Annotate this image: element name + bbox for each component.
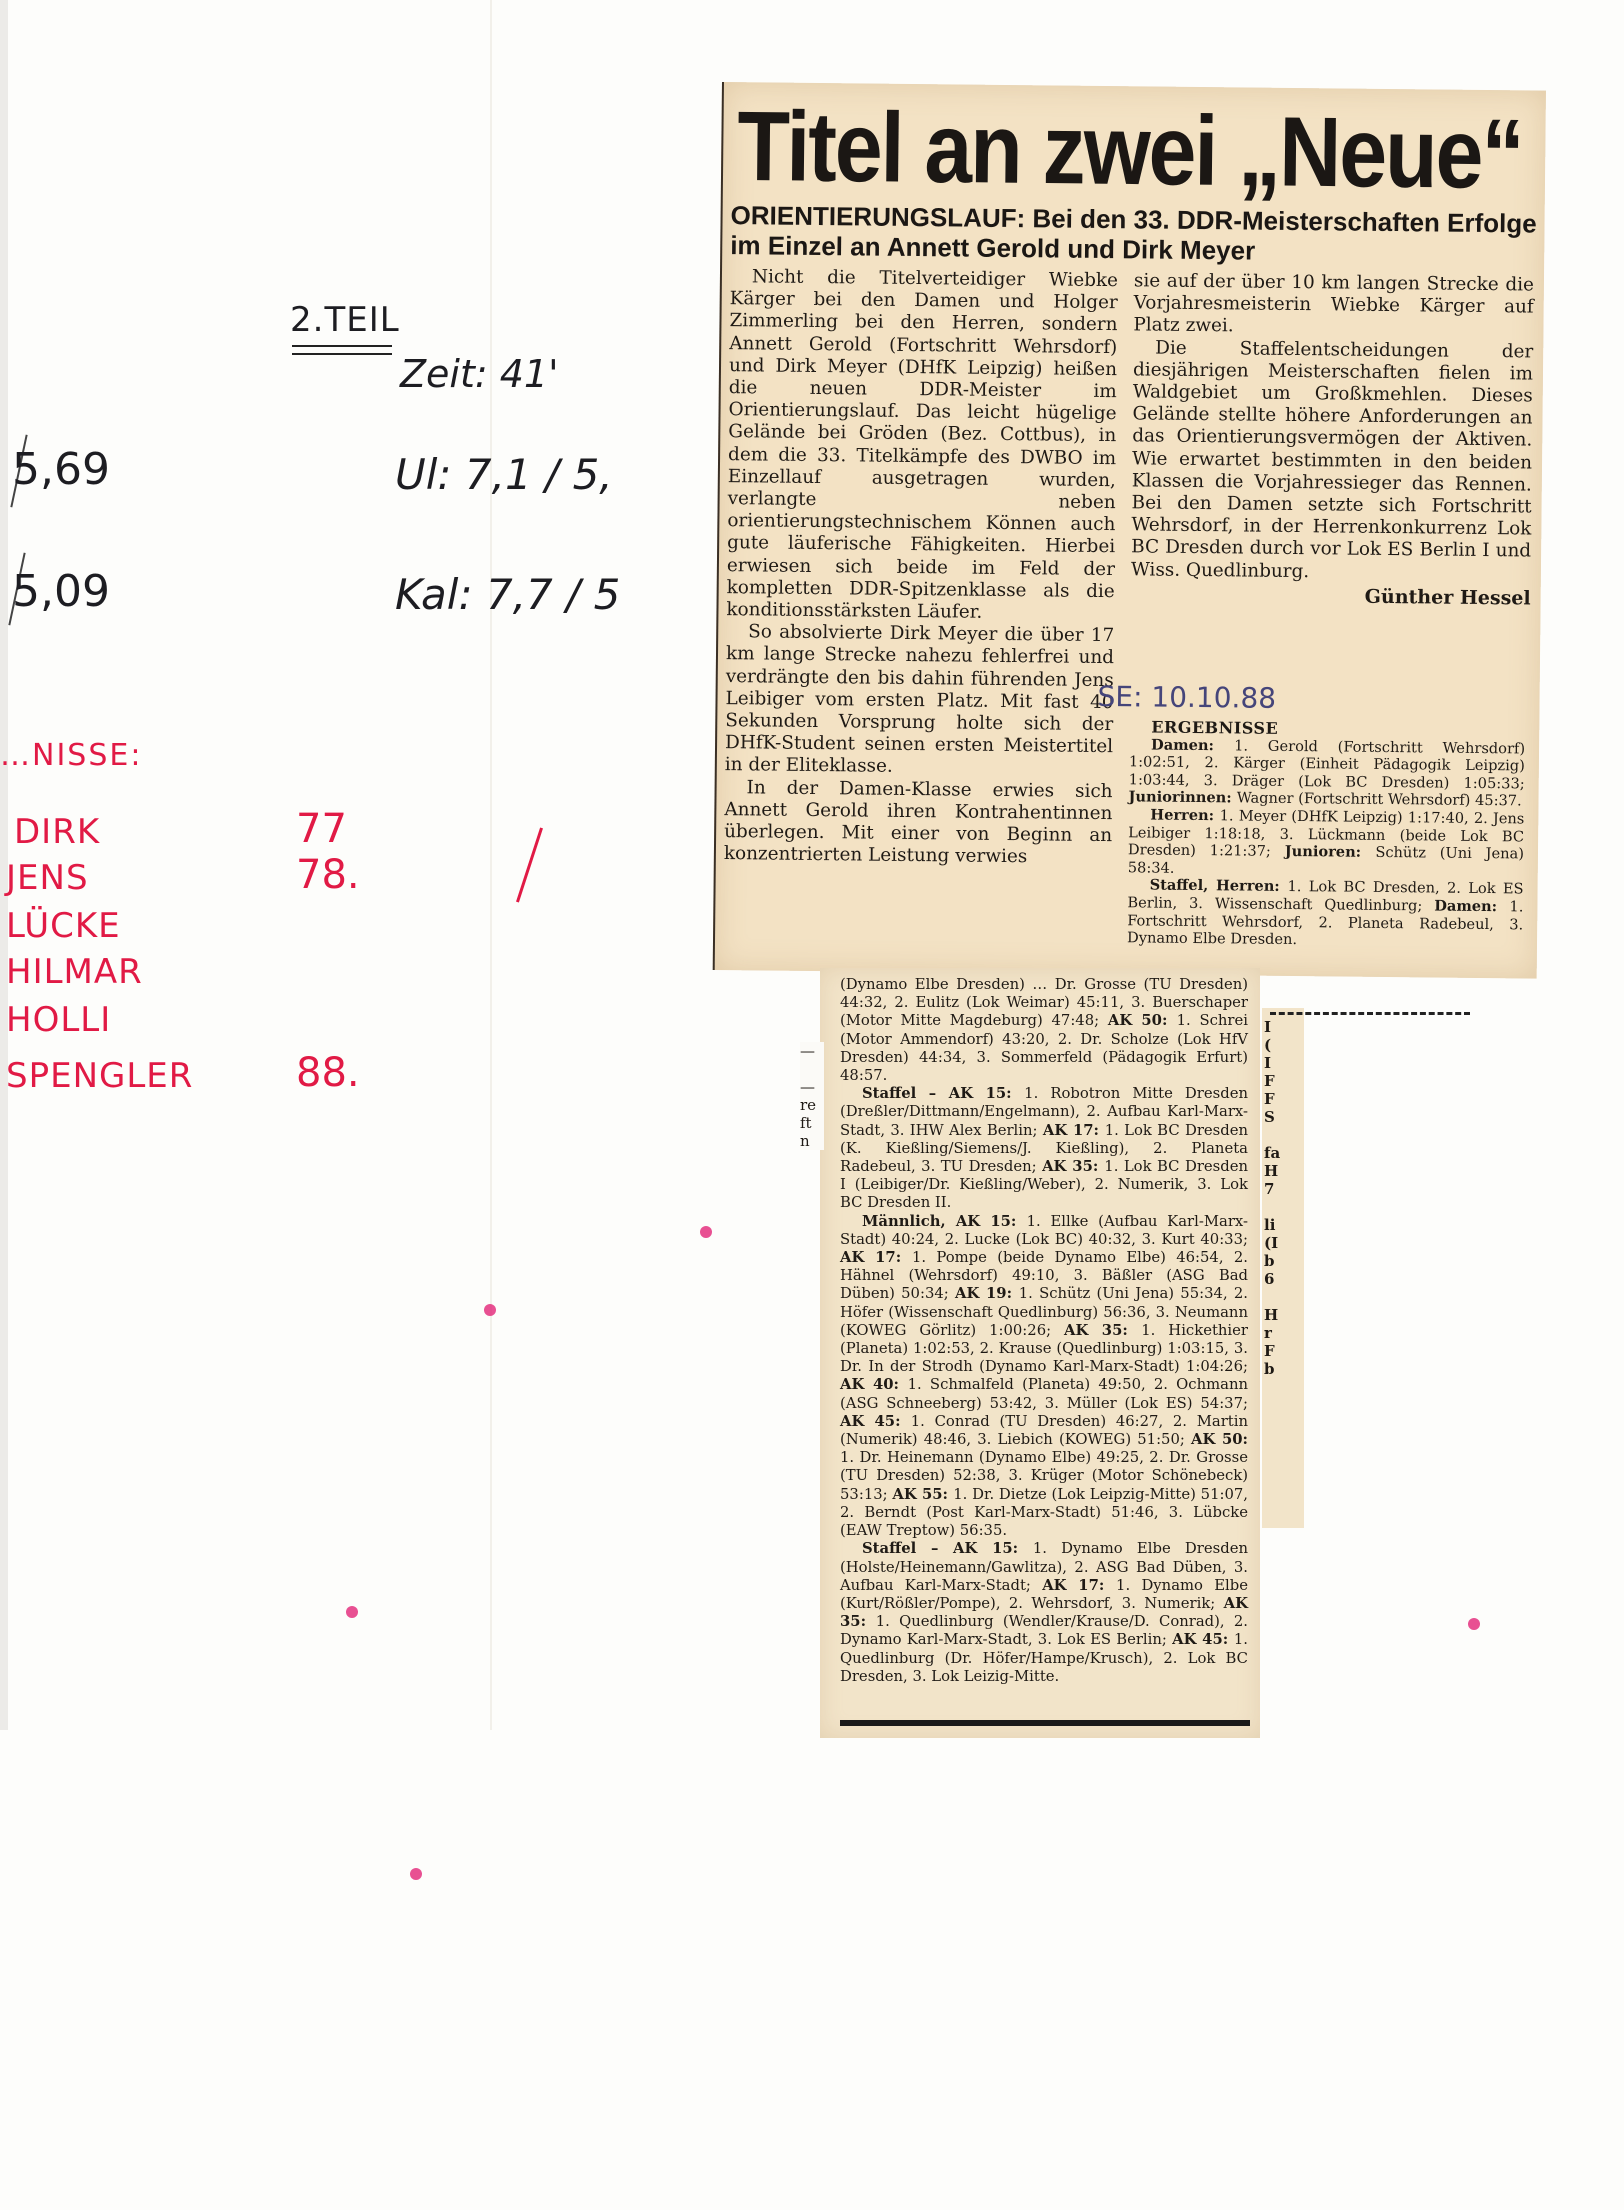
note-row-value: 7,1 / 5, (465, 450, 613, 499)
time-note: Zeit: 41' (400, 352, 559, 396)
dashed-cut-line (1270, 1012, 1470, 1015)
handwritten-results-heading: …NISSE: (0, 738, 142, 773)
ink-blot (410, 1868, 422, 1880)
red-slash-mark (516, 827, 543, 902)
article-headline: Titel an zwei „Neue“ (737, 90, 1538, 212)
adjacent-clipping-fragments: I(IFFS faH7 li(Ib6 HrFb (1264, 1018, 1280, 1378)
note-row-label: Ul: (395, 450, 452, 499)
handwritten-result-score: 88. (296, 1050, 360, 1096)
results-top-list: Damen: 1. Gerold (Fortschritt Wehrsdorf)… (1127, 736, 1525, 951)
section-title-underline (292, 345, 392, 355)
article-subheadline: ORIENTIERUNGSLAUF: Bei den 33. DDR-Meist… (730, 200, 1541, 268)
results-continued: (Dynamo Elbe Dresden) … Dr. Grosse (TU D… (840, 976, 1248, 1686)
results-entry: Staffel, Herren: 1. Lok BC Dresden, 2. L… (1127, 877, 1524, 952)
newspaper-clipping-continued: (Dynamo Elbe Dresden) … Dr. Grosse (TU D… (820, 968, 1260, 1738)
ink-blot (1468, 1618, 1480, 1630)
newspaper-clipping: Titel an zwei „Neue“ ORIENTIERUNGSLAUF: … (713, 82, 1546, 979)
note-row-label: Kal: (395, 570, 473, 619)
results-paragraph: Staffel – AK 15: 1. Robotron Mitte Dresd… (840, 1085, 1248, 1212)
article-paragraph: In der Damen-Klasse erwies sich Annett G… (724, 777, 1113, 870)
article-paragraph: Die Staffelentscheidungen der diesjährig… (1131, 337, 1534, 585)
handwritten-result-score: 78. (296, 852, 360, 898)
results-paragraph: Staffel – AK 15: 1. Dynamo Elbe Dresden … (840, 1540, 1248, 1686)
article-paragraph: So absolvierte Dirk Meyer die über 17 km… (725, 621, 1115, 780)
handwritten-result-name: HILMAR (6, 952, 143, 992)
paper-fold (490, 0, 492, 1730)
handwritten-result-name: JENS (6, 858, 89, 898)
note-row-ul: Ul: 7,1 / 5, (395, 450, 613, 499)
article-column-1: Nicht die Titelverteidiger Wiebke Kärger… (724, 266, 1118, 870)
article-paragraph: Nicht die Titelverteidiger Wiebke Kärger… (726, 266, 1118, 625)
left-value-2: 5,09 (12, 566, 110, 617)
handwritten-result-name: SPENGLER (6, 1056, 193, 1096)
article-paragraph: sie auf der über 10 km langen Strecke di… (1133, 270, 1534, 341)
left-value-1: 5,69 (12, 444, 110, 495)
ink-blot (700, 1226, 712, 1238)
results-paragraph: Männlich, AK 15: 1. Ellke (Aufbau Karl-M… (840, 1213, 1248, 1541)
article-author: Günther Hessel (1131, 583, 1531, 609)
handwritten-result-score: 77 (296, 806, 347, 852)
results-paragraph: (Dynamo Elbe Dresden) … Dr. Grosse (TU D… (840, 976, 1248, 1085)
ink-blot (484, 1304, 496, 1316)
results-entry: Damen: 1. Gerold (Fortschritt Wehrsdorf)… (1128, 736, 1525, 811)
clipping-bottom-rule (840, 1720, 1250, 1726)
article-column-2: sie auf der über 10 km langen Strecke di… (1131, 270, 1534, 609)
results-box: ERGEBNISSE Damen: 1. Gerold (Fortschritt… (1127, 718, 1525, 951)
handwritten-result-name: LÜCKE (6, 906, 121, 946)
ink-blot (346, 1606, 358, 1618)
results-entry: Herren: 1. Meyer (DHfK Leipzig) 1:17:40,… (1128, 806, 1525, 881)
handwritten-result-name: HOLLI (6, 1000, 111, 1040)
clipping-date-annotation: SE: 10.10.88 (1097, 680, 1276, 715)
section-title-handwritten: 2.TEIL (290, 300, 400, 340)
adjacent-clipping-fragments-left: — —reftn (800, 1042, 824, 1150)
handwritten-result-name: DIRK (14, 812, 100, 852)
note-row-kal: Kal: 7,7 / 5 (395, 570, 620, 619)
note-row-value: 7,7 / 5 (486, 570, 620, 619)
